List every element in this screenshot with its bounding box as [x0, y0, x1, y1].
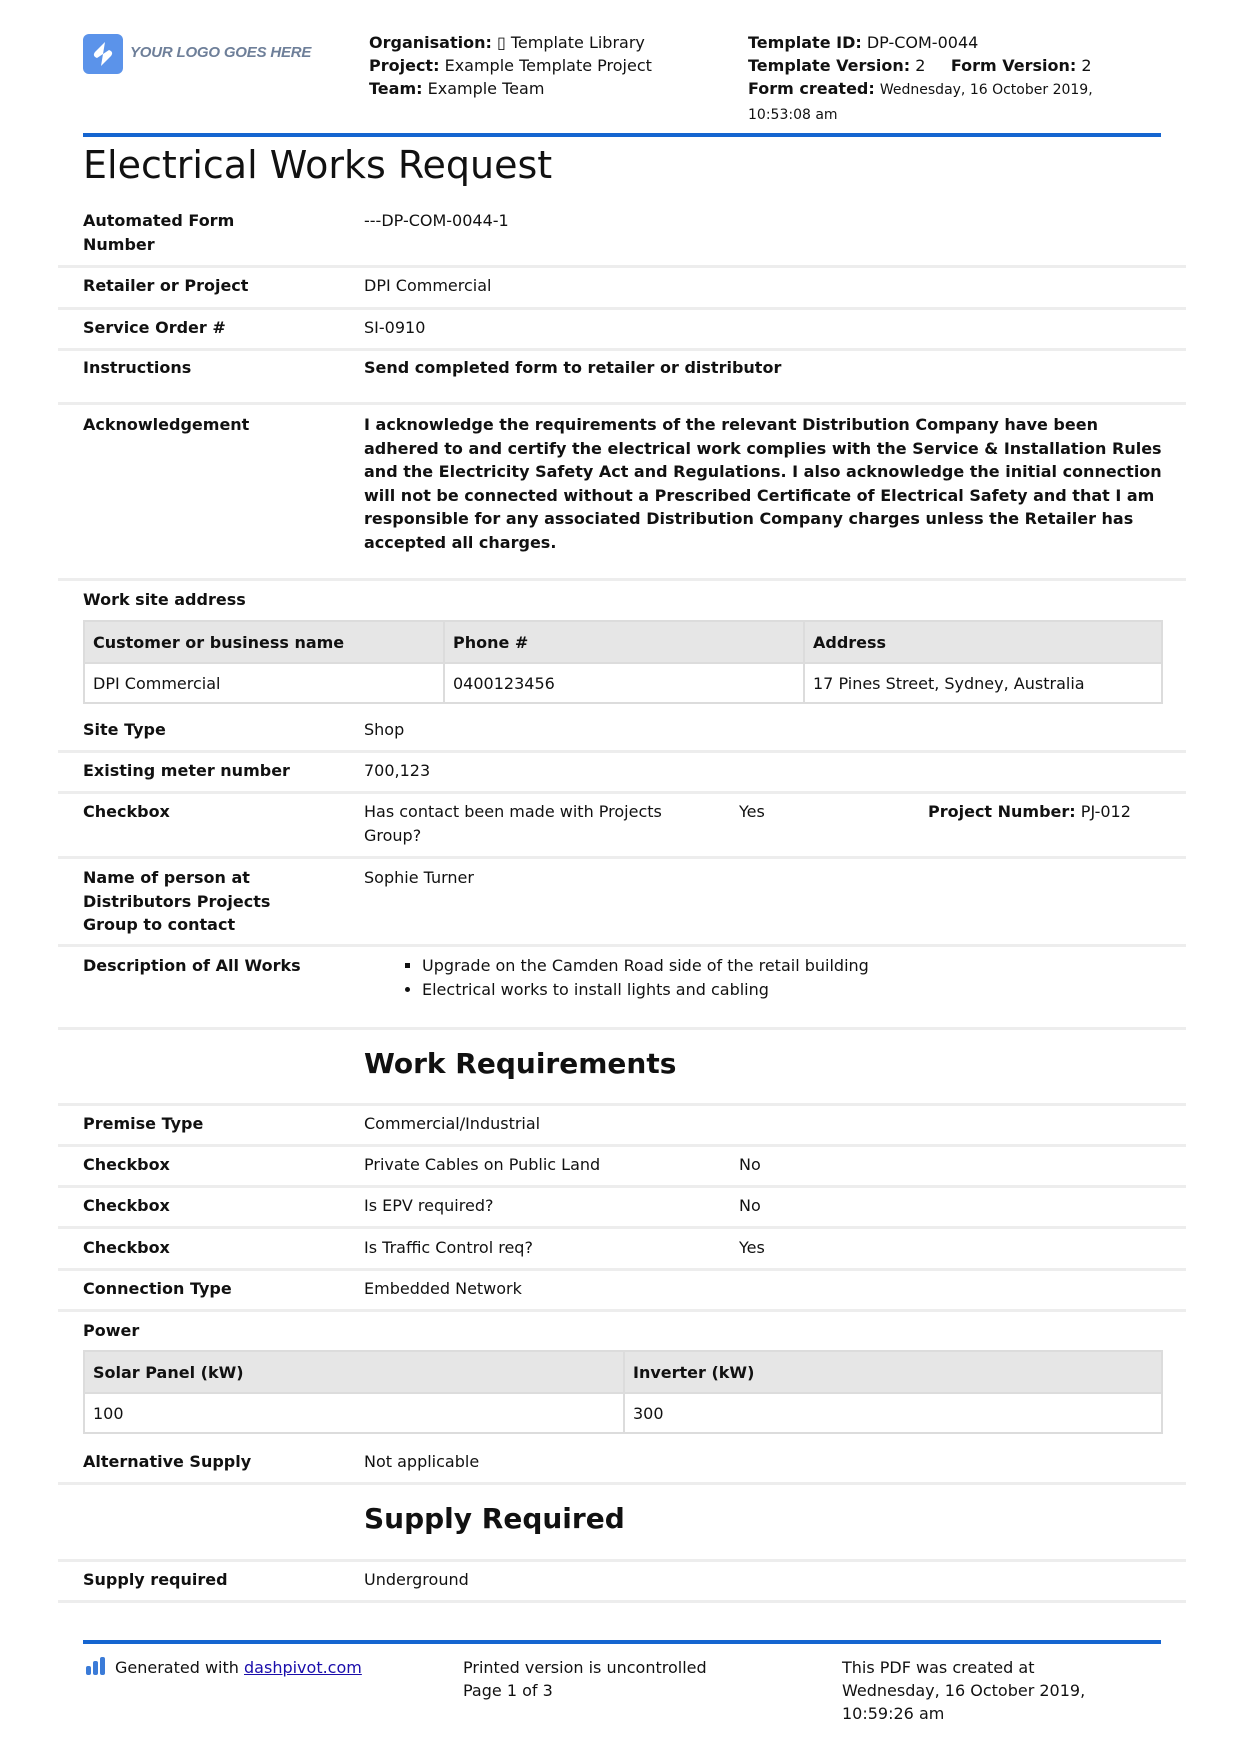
- footer-divider: [83, 1640, 1161, 1644]
- field-row-person: Name of person at Distributors Projects …: [58, 859, 1186, 947]
- logo-icon: [83, 34, 123, 74]
- field-label: Alternative Supply: [83, 1450, 251, 1474]
- field-value: SI-0910: [364, 316, 425, 340]
- project-number-value: PJ-012: [1081, 802, 1131, 821]
- organisation-value: ▯ Template Library: [497, 33, 645, 52]
- form-created-label: Form created:: [748, 79, 875, 98]
- power-label: Power: [83, 1319, 139, 1343]
- section-heading: Work Requirements: [364, 1047, 676, 1080]
- table-row: 100 300: [84, 1393, 1162, 1433]
- description-list: Upgrade on the Camden Road side of the r…: [394, 954, 869, 1002]
- table-header: Address: [804, 621, 1162, 663]
- power-table: Solar Panel (kW) Inverter (kW) 100 300: [83, 1350, 1163, 1434]
- field-label: Name of person at Distributors Projects …: [83, 866, 303, 937]
- field-row-supply-required: Supply required Underground: [58, 1562, 1186, 1603]
- pdf-created-date: Wednesday, 16 October 2019,: [842, 1679, 1085, 1702]
- field-row-check-cables: Checkbox Private Cables on Public Land N…: [58, 1147, 1186, 1188]
- table-cell: 100: [84, 1393, 624, 1433]
- dashpivot-logo-icon: [86, 1657, 107, 1681]
- section-supply-required: Supply Required: [58, 1485, 1186, 1562]
- project-label: Project:: [369, 56, 439, 75]
- field-value: Sophie Turner: [364, 866, 474, 890]
- project-number-label: Project Number:: [928, 802, 1076, 821]
- field-label: Supply required: [83, 1568, 228, 1592]
- page-number: Page 1 of 3: [463, 1679, 707, 1702]
- header-divider: [83, 133, 1161, 137]
- dashpivot-link[interactable]: dashpivot.com: [244, 1658, 362, 1677]
- field-answer: Yes: [739, 1236, 765, 1260]
- field-row-check-epv: Checkbox Is EPV required? No: [58, 1188, 1186, 1229]
- header-template-block: Template ID: DP-COM-0044 Template Versio…: [748, 31, 1093, 127]
- pdf-created-time: 10:59:26 am: [842, 1702, 1085, 1725]
- field-label: Retailer or Project: [83, 274, 248, 298]
- field-value: DPI Commercial: [364, 274, 491, 298]
- field-value: Shop: [364, 718, 404, 742]
- uncontrolled-notice: Printed version is uncontrolled: [463, 1656, 707, 1679]
- field-question: Private Cables on Public Land: [364, 1153, 600, 1177]
- field-answer: No: [739, 1153, 761, 1177]
- form-version-value: 2: [1081, 56, 1091, 75]
- field-question: Is Traffic Control req?: [364, 1236, 533, 1260]
- field-row-service-order: Service Order # SI-0910: [58, 310, 1186, 351]
- field-label: Automated Form Number: [83, 209, 283, 256]
- form-version-label: Form Version:: [951, 56, 1076, 75]
- organisation-label: Organisation:: [369, 33, 492, 52]
- field-row-instructions: Instructions Send completed form to reta…: [58, 351, 1186, 405]
- footer-generated: Generated with dashpivot.com: [86, 1656, 362, 1681]
- form-created-value: Wednesday, 16 October 2019,: [880, 82, 1093, 98]
- worksite-table: Customer or business name Phone # Addres…: [83, 620, 1163, 704]
- field-question: Has contact been made with Projects Grou…: [364, 800, 694, 847]
- field-value: I acknowledge the requirements of the re…: [364, 413, 1164, 554]
- list-item: Electrical works to install lights and c…: [422, 978, 869, 1002]
- field-row-retailer: Retailer or Project DPI Commercial: [58, 268, 1186, 310]
- list-item: Upgrade on the Camden Road side of the r…: [422, 954, 869, 978]
- footer-created: This PDF was created at Wednesday, 16 Oc…: [842, 1656, 1085, 1725]
- field-row-site-type: Site Type Shop: [58, 712, 1186, 753]
- field-answer: Yes: [739, 800, 765, 824]
- field-answer: No: [739, 1194, 761, 1218]
- table-row: DPI Commercial 0400123456 17 Pines Stree…: [84, 663, 1162, 703]
- field-row-alternative-supply: Alternative Supply Not applicable: [58, 1443, 1186, 1485]
- table-cell: 0400123456: [444, 663, 804, 703]
- table-cell: DPI Commercial: [84, 663, 444, 703]
- table-header: Phone #: [444, 621, 804, 663]
- field-label: Connection Type: [83, 1277, 232, 1301]
- field-label: Checkbox: [83, 1194, 170, 1218]
- team-label: Team:: [369, 79, 423, 98]
- field-value: Commercial/Industrial: [364, 1112, 540, 1136]
- field-label: Checkbox: [83, 1236, 170, 1260]
- footer-uncontrolled: Printed version is uncontrolled Page 1 o…: [463, 1656, 707, 1702]
- table-cell: 17 Pines Street, Sydney, Australia: [804, 663, 1162, 703]
- field-label: Acknowledgement: [83, 413, 249, 437]
- field-question: Is EPV required?: [364, 1194, 493, 1218]
- field-label: Checkbox: [83, 1153, 170, 1177]
- field-label: Service Order #: [83, 316, 226, 340]
- field-value: 700,123: [364, 759, 430, 783]
- field-row-projects-contact: Checkbox Has contact been made with Proj…: [58, 794, 1186, 859]
- page-title: Electrical Works Request: [83, 143, 552, 187]
- field-value: Embedded Network: [364, 1277, 522, 1301]
- field-value: ---DP-COM-0044-1: [364, 209, 509, 233]
- field-row-premise-type: Premise Type Commercial/Industrial: [58, 1106, 1186, 1147]
- field-row-acknowledgement: Acknowledgement I acknowledge the requir…: [58, 405, 1186, 581]
- field-row-description: Description of All Works Upgrade on the …: [58, 947, 1186, 1030]
- team-value: Example Team: [428, 79, 545, 98]
- field-label: Premise Type: [83, 1112, 203, 1136]
- table-header: Solar Panel (kW): [84, 1351, 624, 1393]
- field-label: Existing meter number: [83, 759, 290, 783]
- template-version-value: 2: [915, 56, 925, 75]
- template-id-value: DP-COM-0044: [867, 33, 978, 52]
- generated-prefix: Generated with: [115, 1658, 239, 1677]
- template-version-label: Template Version:: [748, 56, 910, 75]
- table-header: Inverter (kW): [624, 1351, 1162, 1393]
- field-label: Checkbox: [83, 800, 170, 824]
- field-value: Send completed form to retailer or distr…: [364, 356, 781, 380]
- field-label: Site Type: [83, 718, 166, 742]
- form-created-time: 10:53:08 am: [748, 107, 838, 123]
- field-row-form-number: Automated Form Number ---DP-COM-0044-1: [58, 205, 1186, 268]
- header-org-block: Organisation: ▯ Template Library Project…: [369, 31, 652, 100]
- field-label: Instructions: [83, 356, 191, 380]
- logo-text: YOUR LOGO GOES HERE: [130, 44, 311, 61]
- template-id-label: Template ID:: [748, 33, 862, 52]
- field-row-meter: Existing meter number 700,123: [58, 753, 1186, 794]
- field-row-connection-type: Connection Type Embedded Network: [58, 1271, 1186, 1312]
- section-work-requirements: Work Requirements: [58, 1030, 1186, 1106]
- project-value: Example Template Project: [445, 56, 652, 75]
- field-value: Underground: [364, 1568, 469, 1592]
- field-row-check-traffic: Checkbox Is Traffic Control req? Yes: [58, 1229, 1186, 1271]
- field-value: Not applicable: [364, 1450, 479, 1474]
- pdf-created-label: This PDF was created at: [842, 1656, 1085, 1679]
- section-heading: Supply Required: [364, 1502, 625, 1535]
- field-label: Description of All Works: [83, 954, 301, 978]
- worksite-label: Work site address: [83, 588, 246, 612]
- table-cell: 300: [624, 1393, 1162, 1433]
- table-header: Customer or business name: [84, 621, 444, 663]
